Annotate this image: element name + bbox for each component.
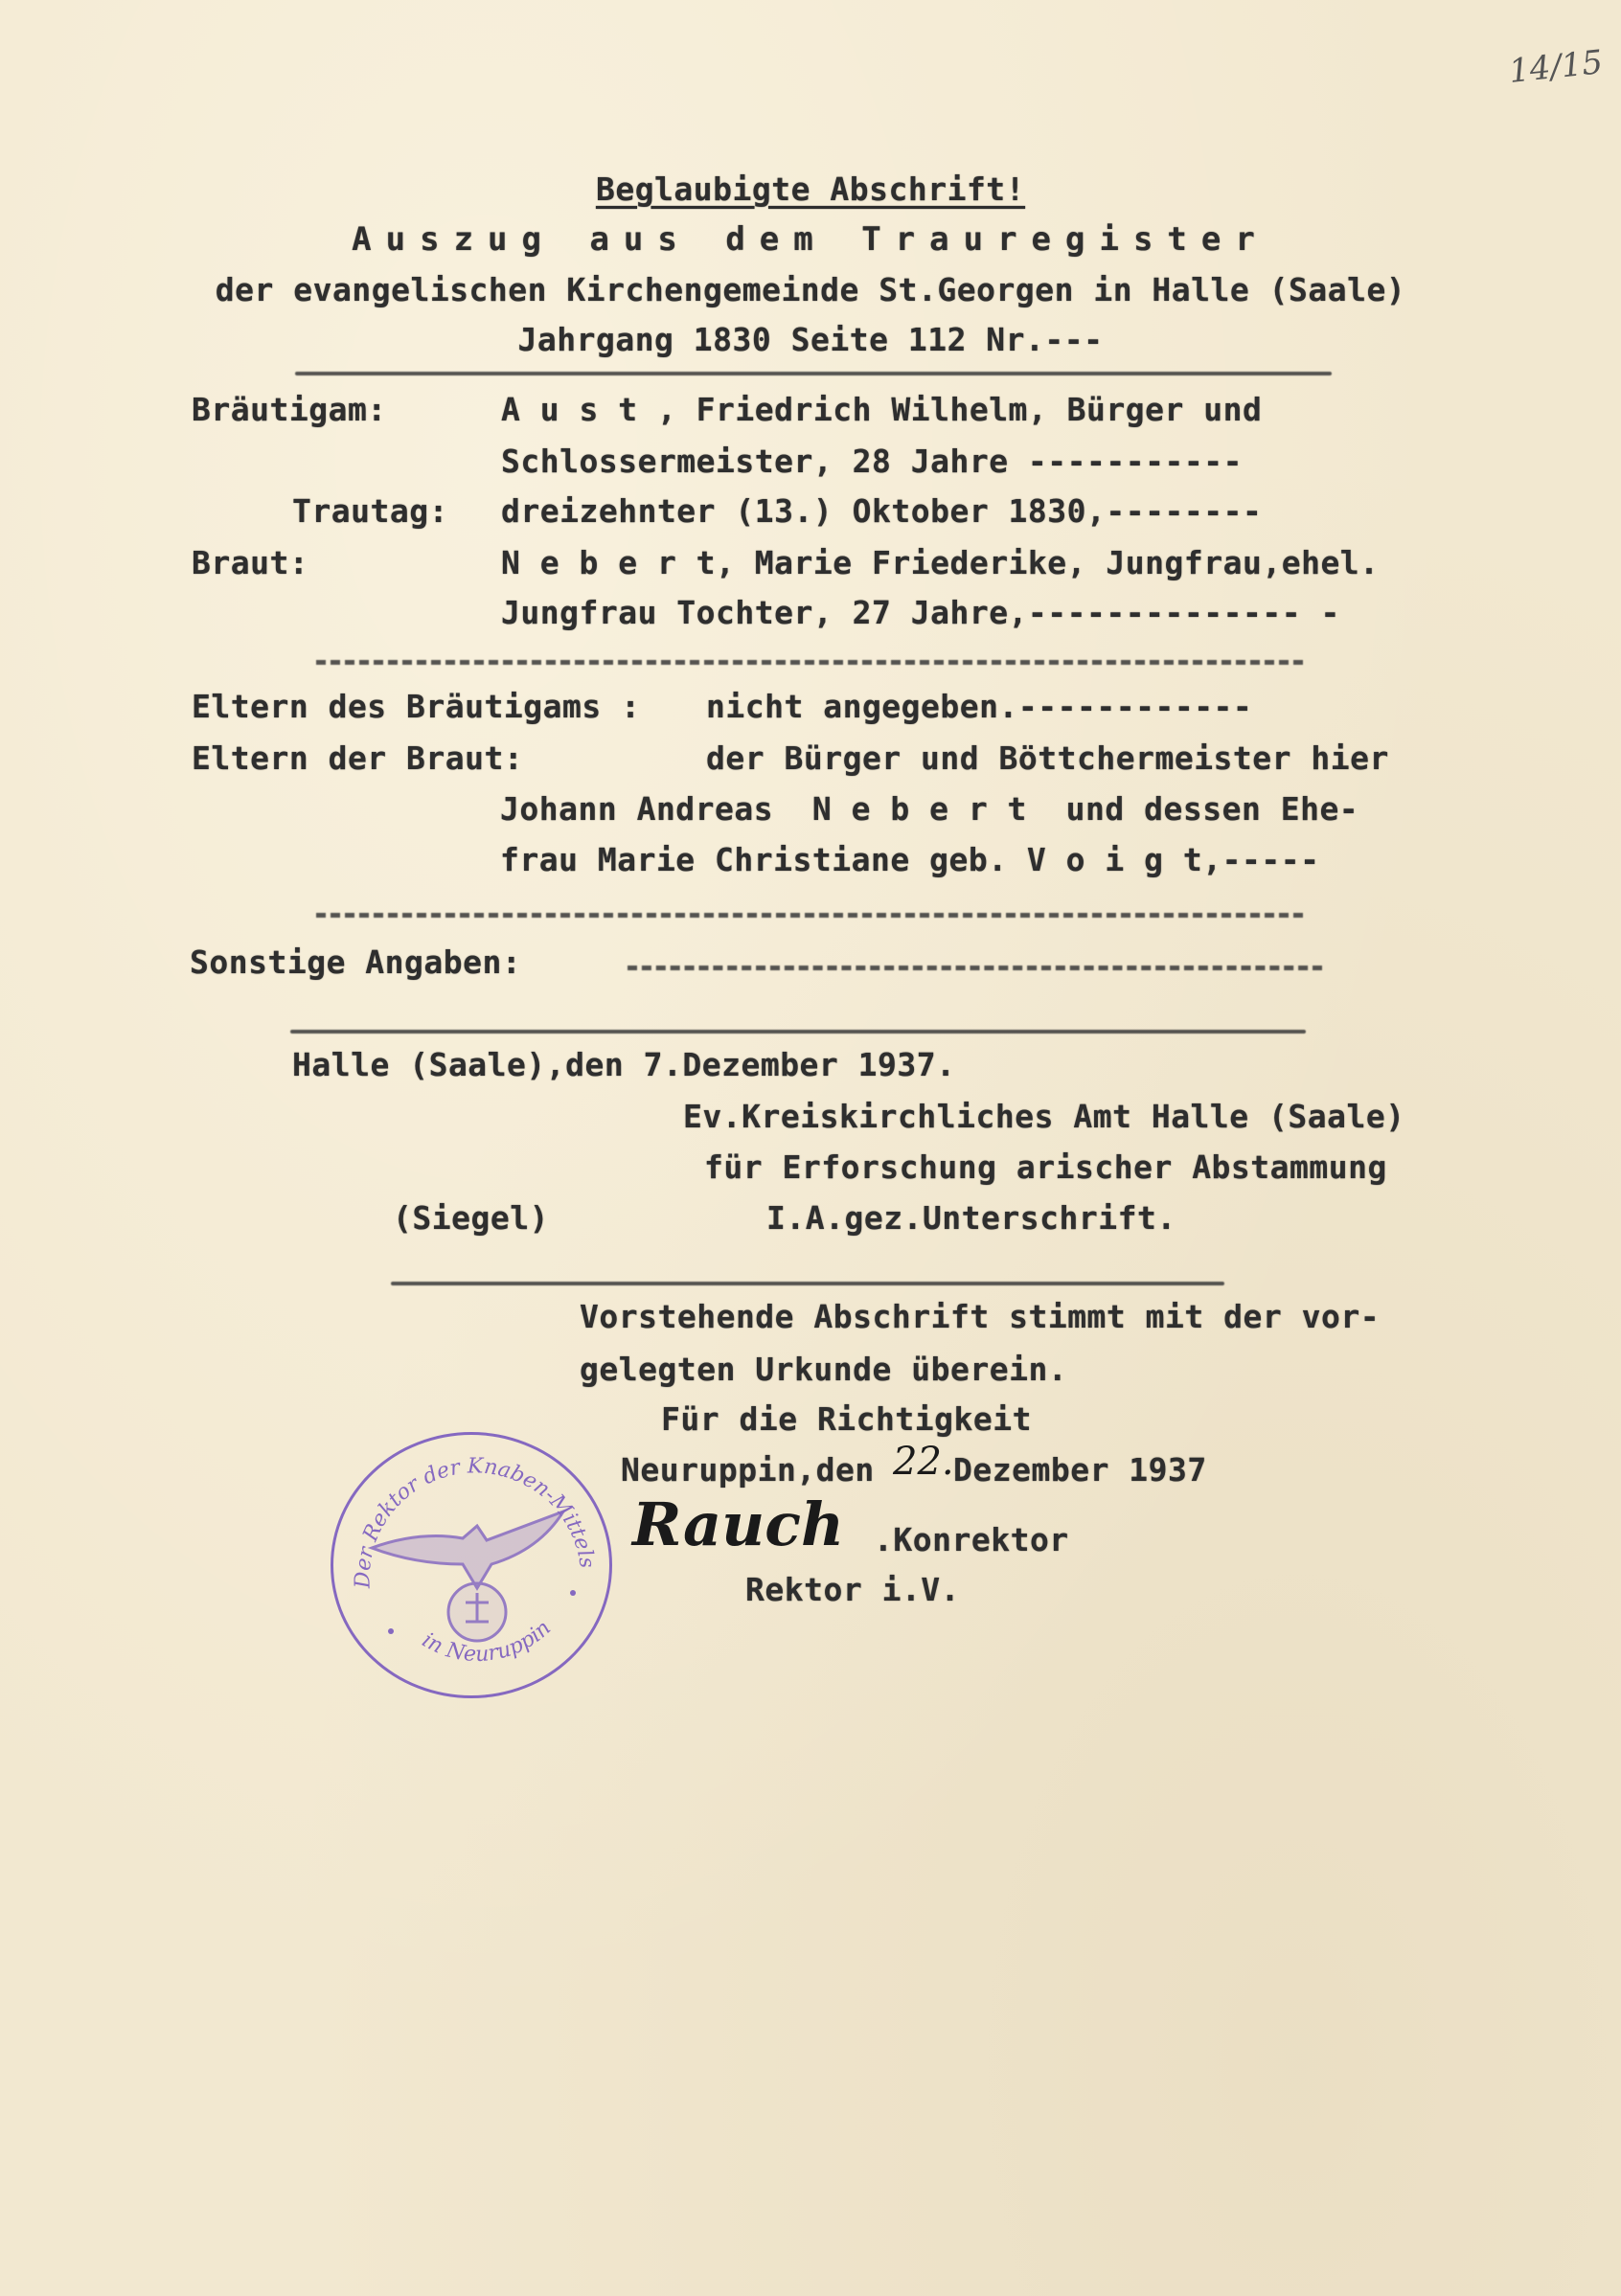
divider-rule (391, 1282, 1224, 1285)
divider-rule (290, 1030, 1306, 1034)
groom-value-line1: A u s t , Friedrich Wilhelm, Bürger und (501, 391, 1262, 429)
certification-place: Neuruppin,den (621, 1451, 875, 1489)
divider-rule (295, 372, 1332, 375)
groom-parents-value: nicht angegeben.------------ (706, 688, 1252, 726)
bride-value-line1: N e b e r t, Marie Friederike, Jungfrau,… (501, 544, 1380, 582)
bride-label: Braut: (192, 544, 308, 582)
dashed-divider (316, 913, 1303, 918)
groom-value-line2: Schlossermeister, 28 Jahre ----------- (501, 443, 1243, 481)
other-info-label: Sonstige Angaben: (190, 943, 521, 982)
volume-line: Jahrgang 1830 Seite 112 Nr.--- (0, 321, 1621, 359)
certified-copy-heading: Beglaubigte Abschrift! (0, 170, 1621, 209)
document-title: Auszug aus dem Trauregister (0, 220, 1621, 259)
issuance-place-date: Halle (Saale),den 7.Dezember 1937. (292, 1046, 956, 1084)
bride-value-line2: Jungfrau Tochter, 27 Jahre,-------------… (501, 594, 1340, 632)
bride-parents-label: Eltern der Braut: (192, 739, 523, 778)
handwritten-signature: Rauch (632, 1489, 844, 1559)
issuing-office-line2: für Erforschung arischer Abstammung (704, 1148, 1387, 1187)
issuing-office-line1: Ev.Kreiskirchliches Amt Halle (Saale) (683, 1098, 1405, 1136)
bride-parents-line3: frau Marie Christiane geb. V o i g t,---… (500, 841, 1319, 879)
parish-line: der evangelischen Kirchengemeinde St.Geo… (0, 271, 1621, 309)
certification-month-year: Dezember 1937 (953, 1451, 1207, 1489)
stamp-eagle-icon: Der Rektor der Knaben-Mittelschule in Ne… (333, 1435, 609, 1695)
certification-line2: gelegten Urkunde überein. (580, 1351, 1067, 1389)
groom-label: Bräutigam: (192, 391, 387, 429)
bride-parents-line2: Johann Andreas N e b e r t und dessen Eh… (500, 790, 1358, 829)
other-info-empty-dashes (628, 966, 1322, 970)
wedding-day-label: Trautag: (292, 492, 448, 531)
handwritten-day: 22. (893, 1440, 954, 1484)
certification-line3: Für die Richtigkeit (661, 1400, 1032, 1439)
bride-parents-line1: der Bürger und Böttchermeister hier (706, 739, 1389, 778)
groom-parents-label: Eltern des Bräutigams : (192, 688, 640, 726)
official-stamp: Der Rektor der Knaben-Mittelschule in Ne… (331, 1432, 612, 1698)
seal-placeholder: (Siegel) (393, 1199, 549, 1238)
signature-placeholder: I.A.gez.Unterschrift. (766, 1199, 1176, 1238)
signer-role: Rektor i.V. (745, 1571, 960, 1609)
signer-title: .Konrektor (874, 1521, 1069, 1559)
certification-line1: Vorstehende Abschrift stimmt mit der vor… (580, 1298, 1380, 1336)
wedding-day-value: dreizehnter (13.) Oktober 1830,-------- (501, 492, 1262, 531)
dashed-divider (316, 660, 1303, 665)
